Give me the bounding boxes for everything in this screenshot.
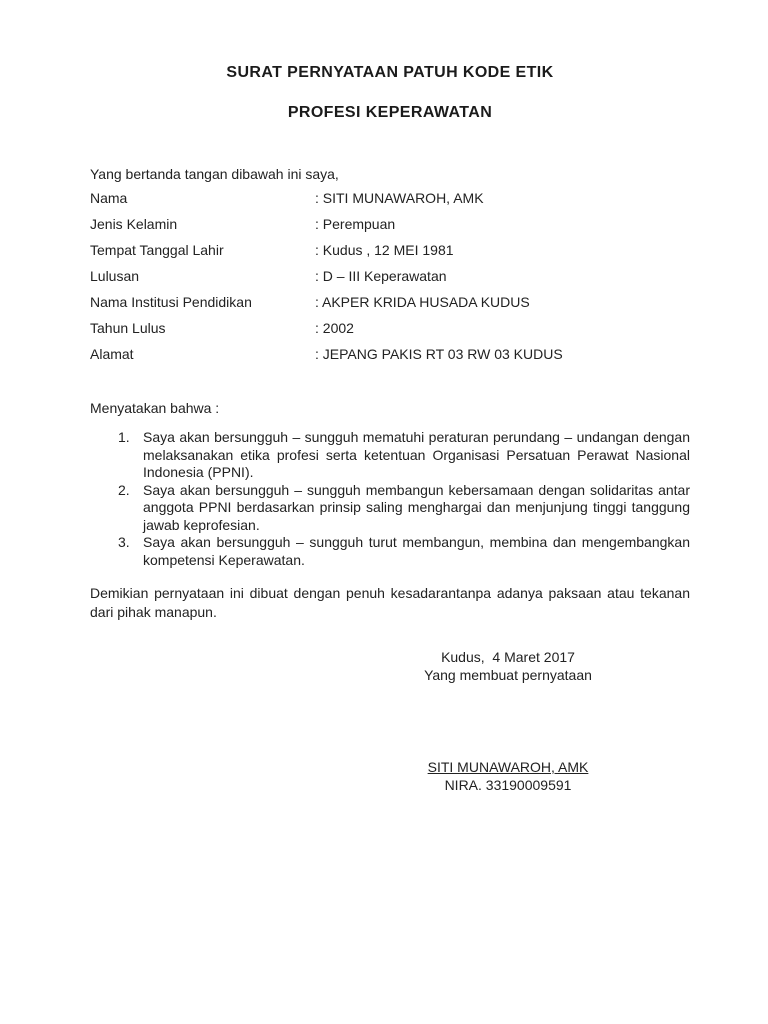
field-label: Lulusan [90, 268, 315, 284]
statement-item-3: 3. Saya akan bersungguh – sungguh turut … [90, 534, 690, 569]
statement-item-1: 1. Saya akan bersungguh – sungguh mematu… [90, 429, 690, 482]
field-row-tempat-tanggal-lahir: Tempat Tanggal Lahir : Kudus , 12 MEI 19… [90, 237, 690, 263]
field-value: : D – III Keperawatan [315, 268, 690, 284]
statement-text: Saya akan bersungguh – sungguh mematuhi … [143, 429, 690, 482]
field-label: Nama [90, 190, 315, 206]
statement-list: 1. Saya akan bersungguh – sungguh mematu… [90, 429, 690, 569]
signature-role: Yang membuat pernyataan [358, 666, 658, 684]
field-value: : Perempuan [315, 216, 690, 232]
field-label: Jenis Kelamin [90, 216, 315, 232]
field-row-nama: Nama : SITI MUNAWAROH, AMK [90, 185, 690, 211]
signature-place-date: Kudus, 4 Maret 2017 [358, 648, 658, 666]
field-row-institusi: Nama Institusi Pendidikan : AKPER KRIDA … [90, 289, 690, 315]
identity-fields: Nama : SITI MUNAWAROH, AMK Jenis Kelamin… [90, 185, 690, 367]
field-label: Tahun Lulus [90, 320, 315, 336]
statement-number: 1. [118, 429, 143, 482]
field-label: Tempat Tanggal Lahir [90, 242, 315, 258]
document-page: SURAT PERNYATAAN PATUH KODE ETIK PROFESI… [0, 0, 768, 1024]
field-value: : Kudus , 12 MEI 1981 [315, 242, 690, 258]
closing-paragraph: Demikian pernyataan ini dibuat dengan pe… [90, 584, 690, 622]
statement-item-2: 2. Saya akan bersungguh – sungguh memban… [90, 482, 690, 535]
signature-nira: NIRA. 33190009591 [358, 776, 658, 794]
intro-line: Yang bertanda tangan dibawah ini saya, [90, 166, 690, 182]
field-row-lulusan: Lulusan : D – III Keperawatan [90, 263, 690, 289]
statement-heading: Menyatakan bahwa : [90, 400, 690, 416]
document-title-line2: PROFESI KEPERAWATAN [90, 104, 690, 122]
field-label: Nama Institusi Pendidikan [90, 294, 315, 310]
statement-number: 2. [118, 482, 143, 535]
field-row-alamat: Alamat : JEPANG PAKIS RT 03 RW 03 KUDUS [90, 341, 690, 367]
statement-text: Saya akan bersungguh – sungguh turut mem… [143, 534, 690, 569]
signature-name: SITI MUNAWAROH, AMK [358, 758, 658, 776]
field-label: Alamat [90, 346, 315, 362]
document-content: SURAT PERNYATAAN PATUH KODE ETIK PROFESI… [90, 0, 690, 794]
document-title-line1: SURAT PERNYATAAN PATUH KODE ETIK [90, 64, 690, 82]
field-value: : SITI MUNAWAROH, AMK [315, 190, 690, 206]
field-value: : 2002 [315, 320, 690, 336]
field-value: : AKPER KRIDA HUSADA KUDUS [315, 294, 690, 310]
statement-text: Saya akan bersungguh – sungguh membangun… [143, 482, 690, 535]
field-row-tahun-lulus: Tahun Lulus : 2002 [90, 315, 690, 341]
field-value: : JEPANG PAKIS RT 03 RW 03 KUDUS [315, 346, 690, 362]
signature-block: Kudus, 4 Maret 2017 Yang membuat pernyat… [358, 648, 658, 794]
statement-number: 3. [118, 534, 143, 569]
signature-space [358, 684, 658, 758]
field-row-jenis-kelamin: Jenis Kelamin : Perempuan [90, 211, 690, 237]
